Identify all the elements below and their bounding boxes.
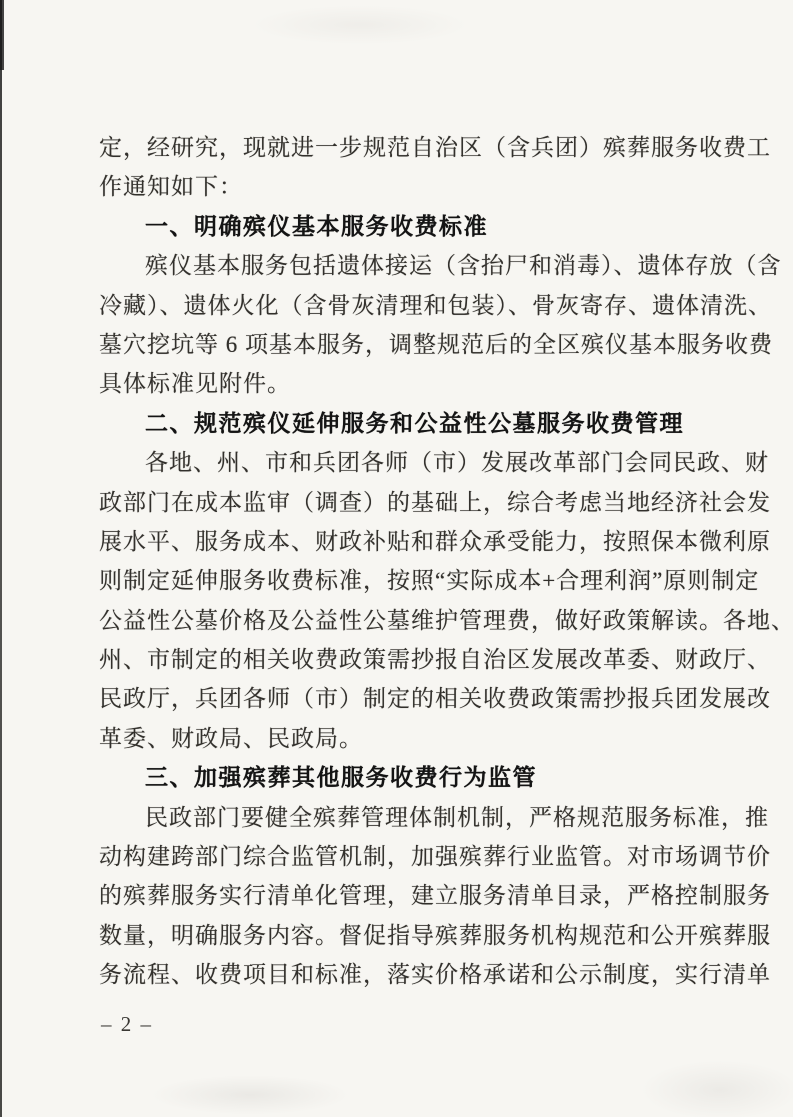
text-line: 各地、州、市和兵团各师（市）发展改革部门会同民政、财 (99, 443, 705, 482)
scan-smudge (150, 1075, 350, 1115)
scan-smudge (250, 5, 470, 45)
section-heading-1: 一、明确殡仪基本服务收费标准 (99, 207, 705, 246)
text-line: 动构建跨部门综合监管机制，加强殡葬行业监管。对市场调节价 (99, 837, 705, 876)
text-line: 民政部门要健全殡葬管理体制机制，严格规范服务标准，推 (99, 798, 705, 837)
text-line: 政部门在成本监审（调查）的基础上，综合考虑当地经济社会发 (99, 483, 705, 522)
text-line: 墓穴挖坑等 6 项基本服务，调整规范后的全区殡仪基本服务收费 (99, 325, 705, 364)
text-line: 冷藏）、遗体火化（含骨灰清理和包装）、骨灰寄存、遗体清洗、 (99, 286, 705, 325)
text-line: 展水平、服务成本、财政补贴和群众承受能力，按照保本微利原 (99, 522, 705, 561)
text-line: 民政厅，兵团各师（市）制定的相关收费政策需抄报兵团发展改 (99, 679, 705, 718)
text-line: 的殡葬服务实行清单化管理，建立服务清单目录，严格控制服务 (99, 876, 705, 915)
text-line: 具体标准见附件。 (99, 364, 705, 403)
text-line: 则制定延伸服务收费标准，按照“实际成本+合理利润”原则制定 (99, 561, 705, 600)
document-body: 定，经研究，现就进一步规范自治区（含兵团）殡葬服务收费工 作通知如下： 一、明确… (99, 128, 705, 995)
scan-edge-left (0, 0, 2, 1117)
text-line: 公益性公墓价格及公益性公墓维护管理费，做好政策解读。各地、 (99, 601, 705, 640)
text-line: 革委、财政局、民政局。 (99, 719, 705, 758)
text-line: 州、市制定的相关收费政策需抄报自治区发展改革委、财政厅、 (99, 640, 705, 679)
text-line: 殡仪基本服务包括遗体接运（含抬尸和消毒）、遗体存放（含 (99, 246, 705, 285)
scanned-page: 定，经研究，现就进一步规范自治区（含兵团）殡葬服务收费工 作通知如下： 一、明确… (0, 0, 793, 1117)
page-number: – 2 – (101, 1012, 153, 1037)
section-heading-3: 三、加强殡葬其他服务收费行为监管 (99, 758, 705, 797)
scan-smudge (640, 1060, 793, 1117)
text-line: 数量，明确服务内容。督促指导殡葬服务机构规范和公开殡葬服 (99, 916, 705, 955)
text-line: 作通知如下： (99, 167, 705, 206)
scan-corner-artifact (0, 0, 4, 70)
section-heading-2: 二、规范殡仪延伸服务和公益性公墓服务收费管理 (99, 404, 705, 443)
text-line: 务流程、收费项目和标准，落实价格承诺和公示制度，实行清单 (99, 955, 705, 994)
text-line: 定，经研究，现就进一步规范自治区（含兵团）殡葬服务收费工 (99, 128, 705, 167)
